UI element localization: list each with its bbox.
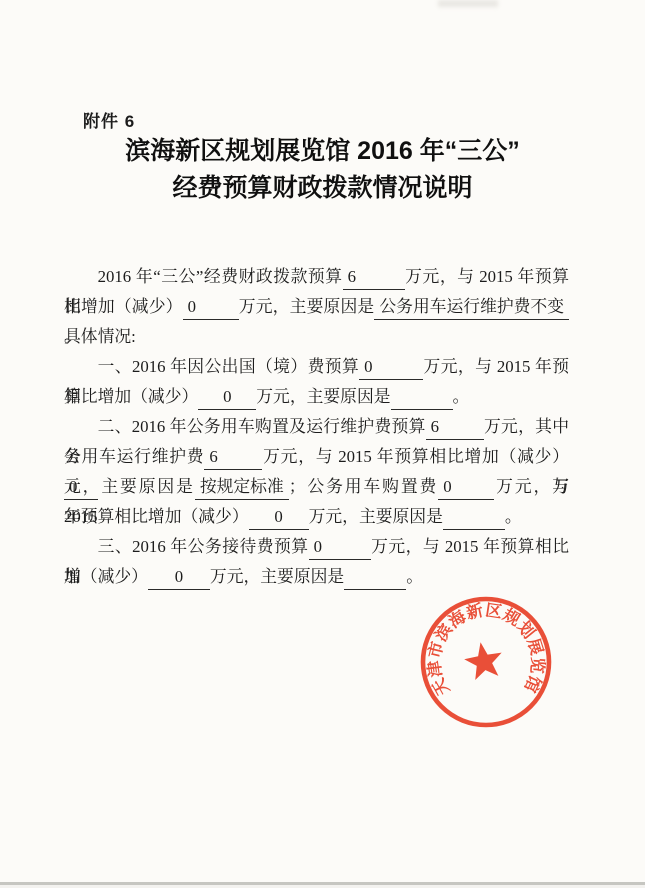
empty-blank <box>344 566 406 590</box>
filled-blank: 6 <box>204 446 262 470</box>
document-body: 2016 年“三公”经费财政拨款预算6万元，与 2015 年预算相比增加（减少）… <box>64 262 569 592</box>
text-line: 年预算相比增加（减少）0万元，主要原因是 。 <box>64 502 569 532</box>
text-line: 三、2016 年公务接待费预算0万元，与 2015 年预算相比增 <box>64 532 569 562</box>
text-line: 比增加（减少）0万元，主要原因是公务用车运行维护费不变。 <box>64 292 569 322</box>
text-run: 2016 年“三公”经费财政拨款预算 <box>98 267 343 286</box>
seal-text-char: 津 <box>424 659 445 678</box>
text-run: 务用车运行维护费 <box>64 447 204 466</box>
text-run: 年预算相比增加（减少） <box>64 507 249 526</box>
official-seal: 天津市滨海新区规划展览馆 <box>404 580 568 744</box>
text-run: 具体情况: <box>64 327 136 346</box>
text-run: ；公务用车购置费 <box>289 477 439 496</box>
filled-blank: 0 <box>359 356 423 380</box>
text-run: 二、2016 年公务用车购置及运行维护费预算 <box>98 417 426 436</box>
filled-blank: 6 <box>343 266 405 290</box>
text-run: 万元，主要原因是 <box>239 297 375 316</box>
document-title-line2: 经费预算财政拨款情况说明 <box>0 170 645 207</box>
document-title: 滨海新区规划展览馆 2016 年“三公” 经费预算财政拨款情况说明 <box>0 133 645 207</box>
filled-blank: 0 <box>198 386 256 410</box>
text-run: 三、2016 年公务接待费预算 <box>98 537 309 556</box>
filled-blank: 按规定标准 <box>195 476 289 500</box>
seal-text-char: 览 <box>527 657 548 675</box>
filled-blank: 0 <box>183 296 239 320</box>
text-run: 万元，主要原因是 <box>210 567 344 586</box>
document-title-line1: 滨海新区规划展览馆 2016 年“三公” <box>0 133 645 170</box>
filled-blank: 0 <box>438 476 494 500</box>
attachment-label: 附件 6 <box>83 107 135 132</box>
text-run: 万元，主要原因是 <box>256 387 390 406</box>
star-icon <box>462 639 506 681</box>
text-line: 相比增加（减少）0万元，主要原因是 。 <box>64 382 569 412</box>
text-line: 2016 年“三公”经费财政拨款预算6万元，与 2015 年预算相 <box>64 262 569 292</box>
text-run: 万元，主要原因是 <box>309 507 443 526</box>
scanned-document-page: 附件 6 滨海新区规划展览馆 2016 年“三公” 经费预算财政拨款情况说明 2… <box>0 0 645 888</box>
text-run: 一、2016 年因公出国（境）费预算 <box>98 357 360 376</box>
official-seal-graphic: 天津市滨海新区规划展览馆 <box>404 580 568 744</box>
filled-blank: 0 <box>148 566 210 590</box>
empty-blank <box>391 386 453 410</box>
text-run: 相比增加（减少） <box>64 387 198 406</box>
text-line: 具体情况: <box>64 322 569 352</box>
text-line: 务用车运行维护费6万元，与 2015 年预算相比增加（减少）0万 <box>64 442 569 472</box>
text-run: 万元，与 2015 年预算相比增加（减少） <box>262 447 569 466</box>
scan-artifact <box>438 0 498 7</box>
text-line: 二、2016 年公务用车购置及运行维护费预算6万元，其中公 <box>64 412 569 442</box>
text-run: 。 <box>505 507 522 526</box>
text-run: 。 <box>453 387 470 406</box>
filled-blank: 0 <box>309 536 371 560</box>
text-line: 一、2016 年因公出国（境）费预算0万元，与 2015 年预算 <box>64 352 569 382</box>
text-line: 元，主要原因是按规定标准；公务用车购置费0万元，与 2015 <box>64 472 569 502</box>
text-run: 比增加（减少） <box>64 297 183 316</box>
filled-blank: 0 <box>249 506 309 530</box>
text-run: 加（减少） <box>64 567 148 586</box>
text-run: 元，主要原因是 <box>64 477 195 496</box>
filled-blank: 公务用车运行维护费不变 <box>374 296 569 320</box>
filled-blank: 6 <box>426 416 484 440</box>
empty-blank <box>443 506 505 530</box>
